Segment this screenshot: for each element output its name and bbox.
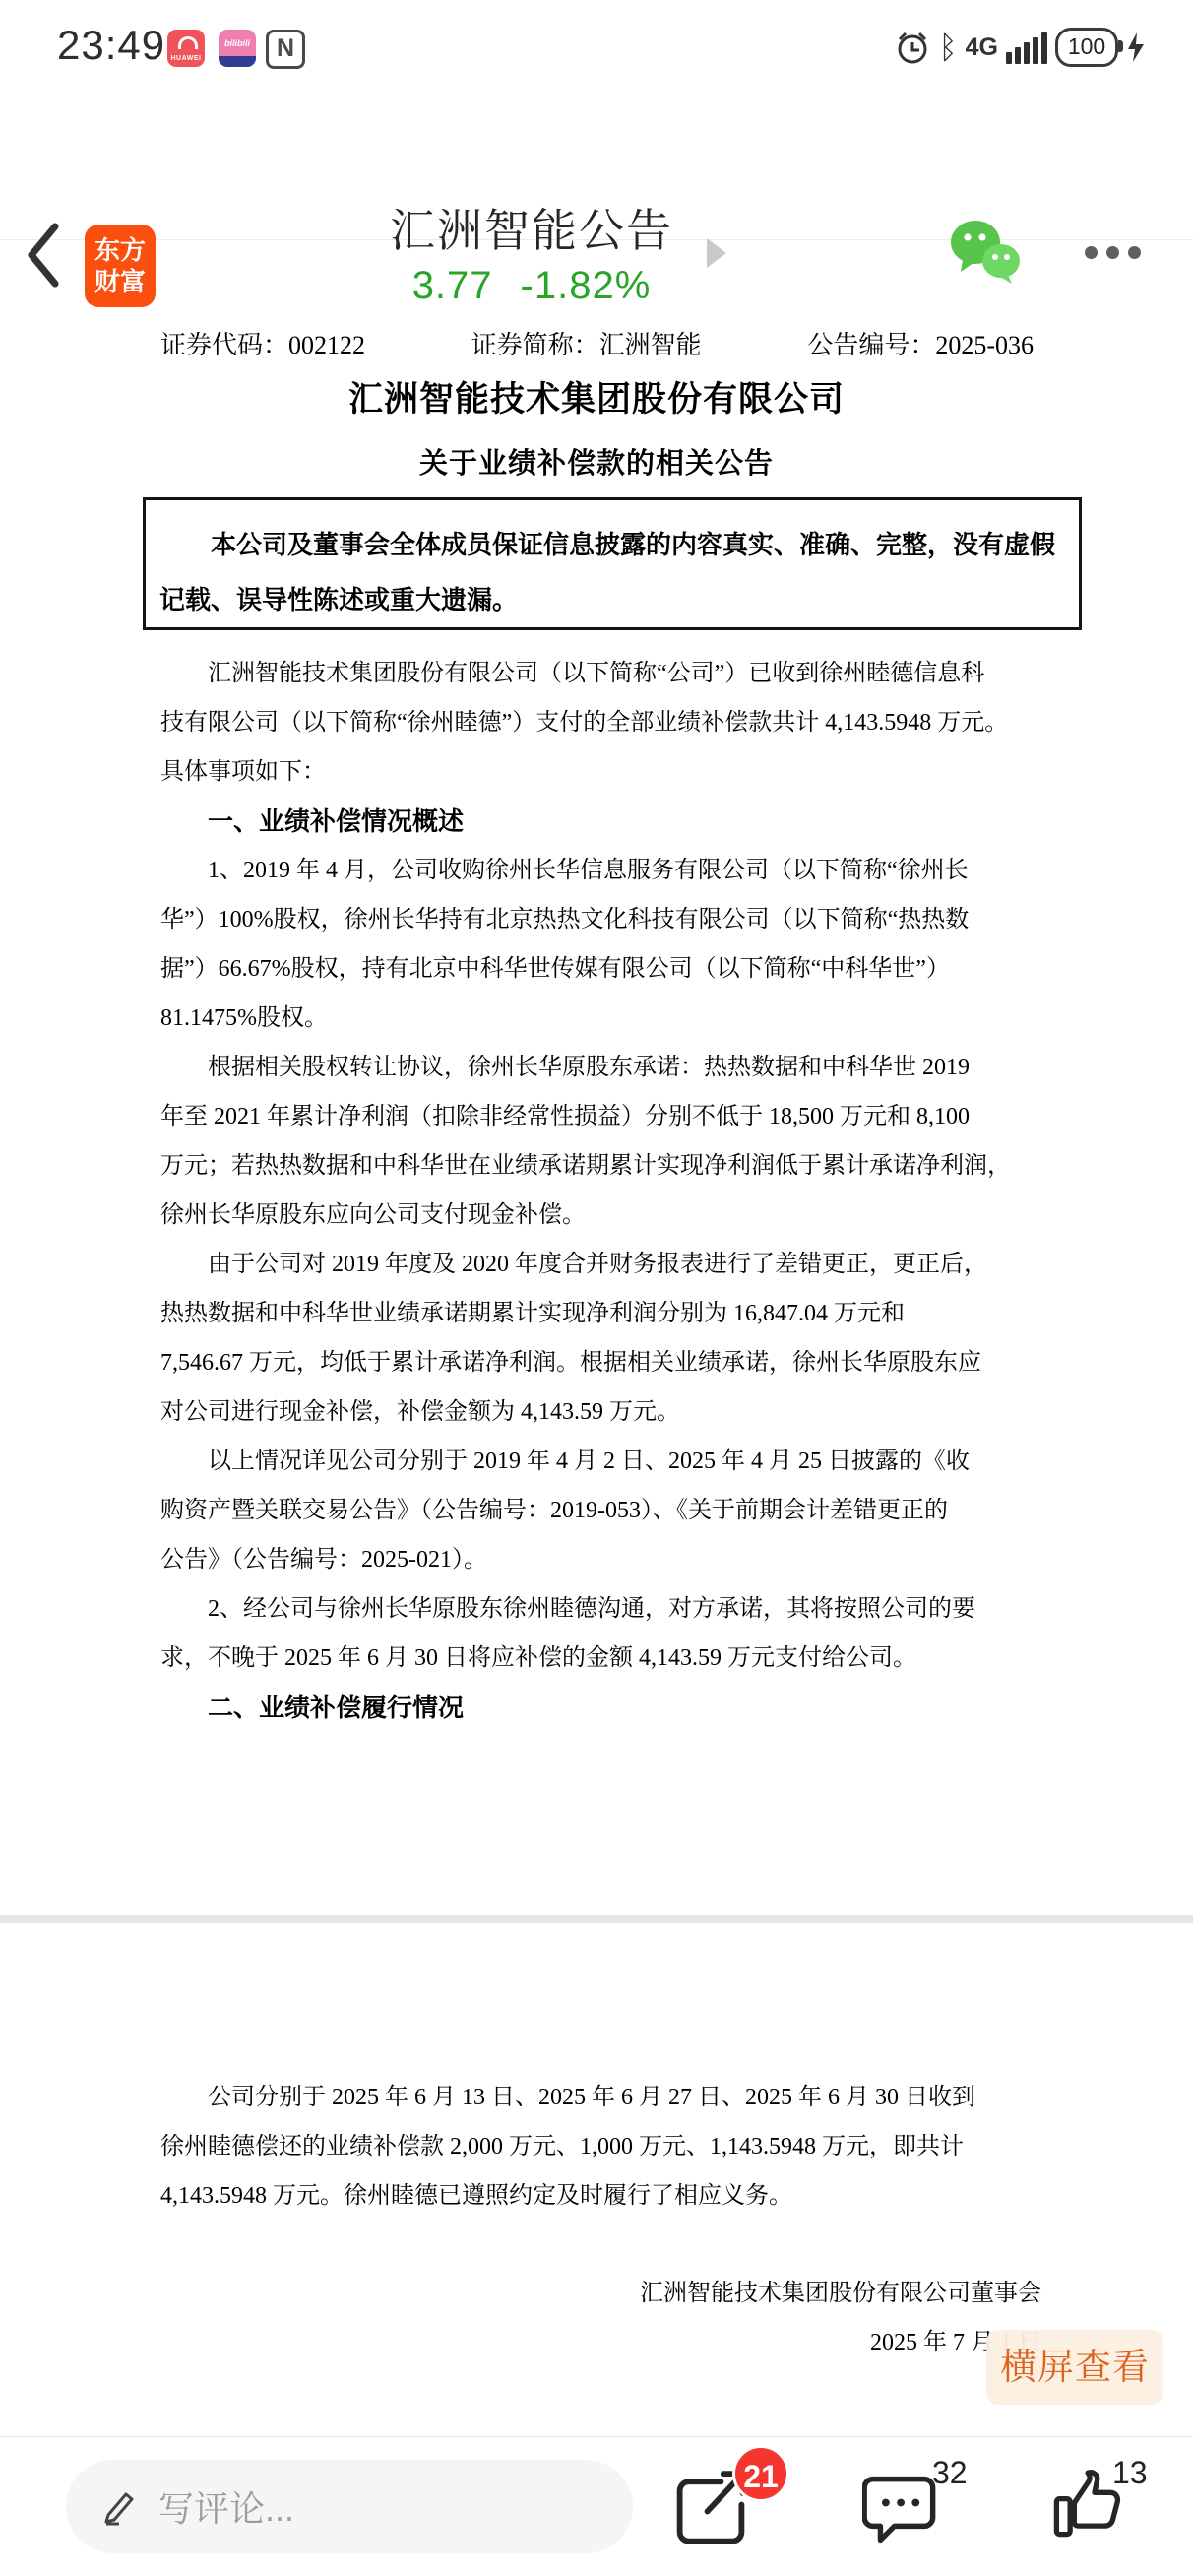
comment-input[interactable]: 写评论... [66, 2460, 633, 2553]
doc-line: 记载、误导性陈述或重大遗漏。 [159, 583, 1061, 616]
eastmoney-logo[interactable]: 东方 财富 [85, 225, 156, 307]
doc-line: 徐州睦德偿还的业绩补偿款 2,000 万元、1,000 万元、1,143.594… [160, 2122, 1046, 2171]
doc-line: 2、经公司与徐州长华原股东徐州睦德沟通，对方承诺，其将按照公司的要 [160, 1584, 1046, 1634]
doc-line: 求，不晚于 2025 年 6 月 30 日将应补偿的金额 4,143.59 万元… [160, 1634, 1046, 1683]
doc-line: 徐州长华原股东应向公司支付现金补偿。 [160, 1191, 1046, 1240]
charging-bolt-icon [1126, 32, 1146, 63]
landscape-view-button[interactable]: 横屏查看 [986, 2330, 1163, 2405]
app-header: 东方 财富 汇洲智能公告 3.77-1.82% [0, 79, 1193, 240]
doc-line: 一、业绩补偿情况概述 [160, 797, 1046, 846]
security-name: 证券简称：汇洲智能 [471, 325, 702, 361]
doc-line: 购资产暨关联交易公告》（公告编号：2019-053）、《关于前期会计差错更正的 [160, 1486, 1046, 1535]
doc-page2-body: 公司分别于 2025 年 6 月 13 日、2025 年 6 月 27 日、20… [160, 2073, 1046, 2221]
play-audio-icon[interactable] [707, 238, 726, 268]
doc-line: 万元；若热热数据和中科华世在业绩承诺期累计实现净利润低于累计承诺净利润， [160, 1141, 1046, 1191]
doc-line: 据”）66.67%股权，持有北京中科华世传媒有限公司（以下简称“中科华世”） [160, 944, 1046, 994]
comment-count: 32 [932, 2455, 968, 2491]
doc-line: 热热数据和中科华世业绩承诺期累计实现净利润分别为 16,847.04 万元和 [160, 1289, 1046, 1338]
comment-placeholder: 写评论... [158, 2481, 294, 2532]
wechat-share-icon[interactable] [949, 217, 1024, 284]
page-title: 汇洲智能公告 [325, 199, 738, 262]
stock-price: 3.77 [412, 264, 493, 307]
status-right-cluster: ᛒ 4G 100 [895, 28, 1146, 67]
disclaimer-box: 本公司及董事会全体成员保证信息披露的内容真实、准确、完整，没有虚假记载、误导性陈… [143, 497, 1082, 630]
doc-line: 年至 2021 年累计净利润（扣除非经常性损益）分别不低于 18,500 万元和… [160, 1092, 1046, 1141]
back-icon[interactable] [22, 221, 65, 290]
signal-bars-icon [1006, 31, 1047, 64]
stock-change: -1.82% [521, 264, 652, 307]
huawei-appgallery-icon: HUAWEI [167, 30, 205, 67]
battery-nub [1118, 40, 1123, 52]
more-menu-icon[interactable] [1077, 232, 1148, 272]
bag-icon [178, 36, 198, 49]
screen: 23:49 HUAWEI bilibili N ᛒ 4G 100 [0, 0, 1193, 2576]
bottom-action-bar: 写评论... 21 32 13 [0, 2436, 1193, 2576]
like-icon[interactable] [1049, 2465, 1122, 2545]
clock-time: 23:49 [57, 22, 165, 69]
alarm-icon [895, 30, 930, 65]
security-code: 证券代码：002122 [160, 325, 365, 361]
doc-signoff: 汇洲智能技术集团股份有限公司董事会 [640, 2269, 1041, 2318]
doc-line: 具体事项如下： [160, 747, 1046, 797]
doc-line: 1、2019 年 4 月，公司收购徐州长华信息服务有限公司（以下简称“徐州长 [160, 846, 1046, 895]
doc-line: 以上情况详见公司分别于 2019 年 4 月 2 日、2025 年 4 月 25… [160, 1437, 1046, 1486]
nfc-icon: N [266, 30, 305, 69]
doc-line: 7,546.67 万元，均低于累计承诺净利润。根据相关业绩承诺，徐州长华原股东应 [160, 1338, 1046, 1387]
bilibili-icon: bilibili [219, 30, 256, 67]
doc-line: 根据相关股权转让协议，徐州长华原股东承诺：热热数据和中科华世 2019 [160, 1043, 1046, 1092]
doc-line: 由于公司对 2019 年度及 2020 年度合并财务报表进行了差错更正，更正后， [160, 1240, 1046, 1289]
stock-quote: 3.77-1.82% [325, 264, 738, 308]
doc-line: 4,143.5948 万元。徐州睦德已遵照约定及时履行了相应义务。 [160, 2171, 1046, 2221]
doc-meta-row: 证券代码：002122 证券简称：汇洲智能 公告编号：2025-036 [160, 325, 1034, 361]
header-title-block[interactable]: 汇洲智能公告 3.77-1.82% [325, 199, 738, 308]
battery-indicator: 100 [1055, 28, 1118, 67]
doc-subtitle: 关于业绩补偿款的相关公告 [0, 441, 1193, 482]
comment-icon[interactable] [862, 2470, 937, 2548]
network-4g-indicator: 4G [966, 33, 998, 62]
share-badge: 21 [732, 2445, 789, 2502]
doc-line: 华”）100%股权，徐州长华持有北京热热文化科技有限公司（以下简称“热热数 [160, 895, 1046, 944]
doc-line: 汇洲智能技术集团股份有限公司（以下简称“公司”）已收到徐州睦德信息科 [160, 649, 1046, 698]
doc-line: 81.1475%股权。 [160, 994, 1046, 1043]
like-count: 13 [1112, 2455, 1148, 2491]
page-divider [0, 1915, 1193, 1923]
doc-line: 公司分别于 2025 年 6 月 13 日、2025 年 6 月 27 日、20… [160, 2073, 1046, 2122]
doc-line: 二、业绩补偿履行情况 [160, 1683, 1046, 1732]
doc-page1-body: 汇洲智能技术集团股份有限公司（以下简称“公司”）已收到徐州睦德信息科技有限公司（… [160, 649, 1046, 1732]
bilibili-banner [219, 56, 256, 67]
doc-line: 对公司进行现金补偿，补偿金额为 4,143.59 万元。 [160, 1387, 1046, 1437]
bluetooth-icon: ᛒ [938, 30, 957, 65]
status-bar: 23:49 HUAWEI bilibili N ᛒ 4G 100 [0, 0, 1193, 79]
pencil-icon [99, 2487, 139, 2527]
doc-title: 汇洲智能技术集团股份有限公司 [0, 372, 1193, 421]
announcement-number: 公告编号：2025-036 [807, 325, 1034, 361]
doc-line: 公告》（公告编号：2025-021）。 [160, 1535, 1046, 1584]
doc-line: 本公司及董事会全体成员保证信息披露的内容真实、准确、完整，没有虚假 [159, 528, 1061, 561]
doc-line: 技有限公司（以下简称“徐州睦德”）支付的全部业绩补偿款共计 4,143.5948… [160, 698, 1046, 747]
